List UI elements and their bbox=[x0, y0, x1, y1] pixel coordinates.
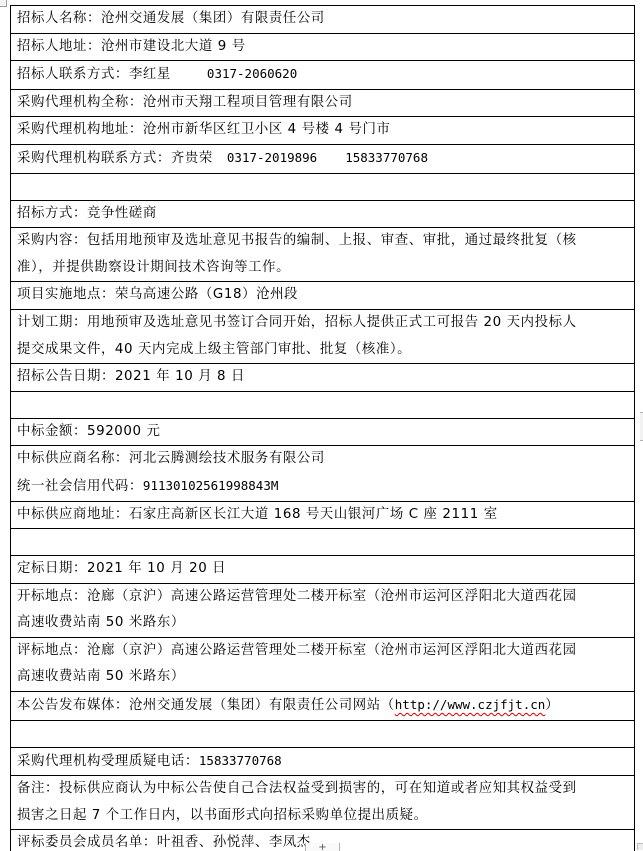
table-row-agency-address: 采购代理机构地址：沧州市新华区红卫小区 4 号楼 4 号门市 bbox=[11, 117, 635, 145]
field-value-continued: 损害之日起 7 个工作日内，以书面形式向招标采购单位提出质疑。 bbox=[17, 803, 634, 830]
table-row-blank bbox=[11, 720, 635, 747]
table-cell[interactable]: 采购代理机构联系方式：齐贵荣0317-201989615833770768 bbox=[11, 144, 635, 173]
table-row-schedule: 计划工期：用地预审及选址意见书签订合同开始，招标人提供正式工可报告 20 天内投… bbox=[11, 309, 635, 363]
field-value-end: ） bbox=[545, 698, 559, 713]
table-cell[interactable]: 开标地点：沧廊（京沪）高速公路运营管理处二楼开标室（沧州市运河区浮阳北大道西花园… bbox=[11, 583, 635, 637]
field-label: 采购代理机构地址： bbox=[17, 122, 143, 137]
table-row-agency-name: 采购代理机构全称：沧州市天翔工程项目管理有限公司 bbox=[11, 89, 635, 117]
table-cell[interactable]: 采购代理机构全称：沧州市天翔工程项目管理有限公司 bbox=[11, 89, 635, 117]
field-label: 中标供应商名称： bbox=[17, 451, 129, 466]
field-label: 定标日期： bbox=[17, 561, 87, 576]
table-cell[interactable]: 定标日期：2021 年 10 月 20 日 bbox=[11, 556, 635, 584]
text-line: 开标地点：沧廊（京沪）高速公路运营管理处二楼开标室（沧州市运河区浮阳北大道西花园 bbox=[17, 584, 634, 611]
table-row-winning-supplier: 中标供应商名称：河北云腾测绘技术服务有限公司统一社会信用代码：911301025… bbox=[11, 446, 635, 501]
table-row-supplier-address: 中标供应商地址：石家庄高新区长江大道 168 号天山银河广场 C 座 2111 … bbox=[11, 501, 635, 529]
field-label: 招标人地址： bbox=[17, 39, 101, 54]
contact-name: 李红星 bbox=[129, 67, 171, 82]
table-cell[interactable]: 招标人地址：沧州市建设北大道 9 号 bbox=[11, 33, 635, 61]
table-cell[interactable]: 本公告发布媒体：沧州交通发展（集团）有限责任公司网站（http://www.cz… bbox=[11, 692, 635, 721]
table-cell[interactable]: 招标人联系方式：李红星0317-2060620 bbox=[11, 61, 635, 90]
website-link[interactable]: http://www.czjfjt.cn bbox=[395, 697, 546, 712]
field-value-continued: 准），并提供勘察设计期间技术咨询等工作。 bbox=[17, 255, 634, 282]
field-value: 沧州交通发展（集团）有限责任公司 bbox=[101, 11, 325, 26]
field-value: 叶祖香、孙悦萍、李凤杰 bbox=[157, 835, 311, 850]
field-value: 荣乌高速公路（G18）沧州段 bbox=[115, 287, 298, 302]
table-row-project-location: 项目实施地点：荣乌高速公路（G18）沧州段 bbox=[11, 282, 635, 310]
field-value: 沧州市新华区红卫小区 4 号楼 4 号门市 bbox=[143, 122, 391, 137]
table-cell-empty[interactable] bbox=[11, 391, 635, 418]
field-label: 采购内容： bbox=[17, 233, 87, 248]
table-cell[interactable]: 采购代理机构受理质疑电话：15833770768 bbox=[11, 747, 635, 776]
contact-name: 齐贵荣 bbox=[171, 151, 213, 166]
table-row-blank bbox=[11, 391, 635, 418]
table-cell[interactable]: 采购内容：包括用地预审及选址意见书报告的编制、上报、审查、审批，通过最终批复（核… bbox=[11, 228, 635, 282]
text-line: 计划工期：用地预审及选址意见书签订合同开始，招标人提供正式工可报告 20 天内投… bbox=[17, 310, 634, 337]
text-line: 采购内容：包括用地预审及选址意见书报告的编制、上报、审查、审批，通过最终批复（核 bbox=[17, 228, 634, 255]
table-cell[interactable]: 中标金额：592000 元 bbox=[11, 418, 635, 446]
text-line: 统一社会信用代码：91130102561998843M bbox=[17, 473, 634, 501]
field-label: 计划工期： bbox=[17, 315, 87, 330]
table-row-inquiry-phone: 采购代理机构受理质疑电话：15833770768 bbox=[11, 747, 635, 776]
field-value: 沧州市建设北大道 9 号 bbox=[101, 39, 246, 54]
table-cell[interactable]: 中标供应商名称：河北云腾测绘技术服务有限公司统一社会信用代码：911301025… bbox=[11, 446, 635, 501]
table-row-tender-method: 招标方式：竞争性磋商 bbox=[11, 200, 635, 228]
table-cell-empty[interactable] bbox=[11, 173, 635, 200]
field-label: 招标人名称： bbox=[17, 11, 101, 26]
text-line: 备注：投标供应商认为中标公告使自己合法权益受到损害的，可在知道或者应知其权益受到 bbox=[17, 776, 634, 803]
field-value: 投标供应商认为中标公告使自己合法权益受到损害的，可在知道或者应知其权益受到 bbox=[59, 781, 577, 796]
table-row-tenderer-name: 招标人名称：沧州交通发展（集团）有限责任公司 bbox=[11, 6, 635, 34]
table-cell-empty[interactable] bbox=[11, 529, 635, 556]
field-value: 2021 年 10 月 20 日 bbox=[87, 561, 226, 576]
table-row-remarks: 备注：投标供应商认为中标公告使自己合法权益受到损害的，可在知道或者应知其权益受到… bbox=[11, 776, 635, 830]
text-line: 中标供应商名称：河北云腾测绘技术服务有限公司 bbox=[17, 446, 634, 473]
field-label: 开标地点： bbox=[17, 589, 87, 604]
supplier-name: 河北云腾测绘技术服务有限公司 bbox=[129, 451, 325, 466]
field-value: 2021 年 10 月 8 日 bbox=[115, 369, 245, 384]
table-row-award-amount: 中标金额：592000 元 bbox=[11, 418, 635, 446]
table-row-publication-media: 本公告发布媒体：沧州交通发展（集团）有限责任公司网站（http://www.cz… bbox=[11, 692, 635, 721]
table-row-procurement-content: 采购内容：包括用地预审及选址意见书报告的编制、上报、审查、审批，通过最终批复（核… bbox=[11, 228, 635, 282]
table-row-bid-opening-location: 开标地点：沧廊（京沪）高速公路运营管理处二楼开标室（沧州市运河区浮阳北大道西花园… bbox=[11, 583, 635, 637]
field-value-continued: 高速收费站南 50 米路东） bbox=[17, 610, 634, 637]
field-value: 15833770768 bbox=[199, 753, 282, 768]
contact-phone: 0317-2019896 bbox=[227, 150, 317, 165]
field-label: 采购代理机构受理质疑电话： bbox=[17, 754, 199, 769]
field-label: 评标地点： bbox=[17, 643, 87, 658]
text-line: 评标地点：沧廊（京沪）高速公路运营管理处二楼开标室（沧州市运河区浮阳北大道西花园 bbox=[17, 638, 634, 665]
table-row-agency-contact: 采购代理机构联系方式：齐贵荣0317-201989615833770768 bbox=[11, 144, 635, 173]
add-row-button[interactable]: + bbox=[305, 843, 340, 851]
field-value: 沧廊（京沪）高速公路运营管理处二楼开标室（沧州市运河区浮阳北大道西花园 bbox=[87, 589, 577, 604]
field-value: 592000 元 bbox=[87, 424, 161, 439]
table-cell[interactable]: 招标公告日期：2021 年 10 月 8 日 bbox=[11, 364, 635, 392]
table-cell[interactable]: 招标人名称：沧州交通发展（集团）有限责任公司 bbox=[11, 6, 635, 34]
field-value: 用地预审及选址意见书签订合同开始，招标人提供正式工可报告 20 天内投标人 bbox=[87, 315, 577, 330]
table-cell[interactable]: 评标地点：沧廊（京沪）高速公路运营管理处二楼开标室（沧州市运河区浮阳北大道西花园… bbox=[11, 637, 635, 691]
table-row-blank bbox=[11, 173, 635, 200]
table-select-handle[interactable] bbox=[0, 0, 7, 7]
table-row-tenderer-contact: 招标人联系方式：李红星0317-2060620 bbox=[11, 61, 635, 90]
field-value: 沧廊（京沪）高速公路运营管理处二楼开标室（沧州市运河区浮阳北大道西花园 bbox=[87, 643, 577, 658]
field-value-continued: 提交成果文件，40 天内完成上级主管部门审批、批复（核准）。 bbox=[17, 337, 634, 364]
table-cell[interactable]: 项目实施地点：荣乌高速公路（G18）沧州段 bbox=[11, 282, 635, 310]
credit-code: 91130102561998843M bbox=[143, 478, 278, 493]
table-cell[interactable]: 采购代理机构地址：沧州市新华区红卫小区 4 号楼 4 号门市 bbox=[11, 117, 635, 145]
field-label: 统一社会信用代码： bbox=[17, 479, 143, 494]
contact-phone: 0317-2060620 bbox=[207, 66, 297, 81]
table-cell[interactable]: 招标方式：竞争性磋商 bbox=[11, 200, 635, 228]
table-cell-empty[interactable] bbox=[11, 720, 635, 747]
table-row-blank bbox=[11, 529, 635, 556]
field-value: 沧州交通发展（集团）有限责任公司网站（ bbox=[129, 698, 395, 713]
field-value: 包括用地预审及选址意见书报告的编制、上报、审查、审批，通过最终批复（核 bbox=[87, 233, 577, 248]
award-notice-table: 招标人名称：沧州交通发展（集团）有限责任公司 招标人地址：沧州市建设北大道 9 … bbox=[10, 5, 635, 851]
field-label: 中标金额： bbox=[17, 424, 87, 439]
table-row-award-date: 定标日期：2021 年 10 月 20 日 bbox=[11, 556, 635, 584]
table-resize-handle[interactable] bbox=[637, 843, 643, 850]
table-row-bid-evaluation-location: 评标地点：沧廊（京沪）高速公路运营管理处二楼开标室（沧州市运河区浮阳北大道西花园… bbox=[11, 637, 635, 691]
table-row-tenderer-address: 招标人地址：沧州市建设北大道 9 号 bbox=[11, 33, 635, 61]
field-label: 项目实施地点： bbox=[17, 287, 115, 302]
field-label: 招标人联系方式： bbox=[17, 67, 129, 82]
field-label: 评标委员会成员名单： bbox=[17, 835, 157, 850]
table-cell[interactable]: 备注：投标供应商认为中标公告使自己合法权益受到损害的，可在知道或者应知其权益受到… bbox=[11, 776, 635, 830]
field-label: 采购代理机构联系方式： bbox=[17, 151, 171, 166]
field-label: 本公告发布媒体： bbox=[17, 698, 129, 713]
field-value: 沧州市天翔工程项目管理有限公司 bbox=[143, 95, 353, 110]
table-row-announcement-date: 招标公告日期：2021 年 10 月 8 日 bbox=[11, 364, 635, 392]
field-label: 备注： bbox=[17, 781, 59, 796]
field-value: 竞争性磋商 bbox=[87, 206, 157, 221]
table-cell[interactable]: 计划工期：用地预审及选址意见书签订合同开始，招标人提供正式工可报告 20 天内投… bbox=[11, 309, 635, 363]
field-label: 招标方式： bbox=[17, 206, 87, 221]
table-cell[interactable]: 中标供应商地址：石家庄高新区长江大道 168 号天山银河广场 C 座 2111 … bbox=[11, 501, 635, 529]
field-label: 采购代理机构全称： bbox=[17, 95, 143, 110]
contact-mobile: 15833770768 bbox=[345, 150, 428, 165]
field-value-continued: 高速收费站南 50 米路东） bbox=[17, 664, 634, 691]
field-label: 招标公告日期： bbox=[17, 369, 115, 384]
field-label: 中标供应商地址： bbox=[17, 507, 129, 522]
field-value: 石家庄高新区长江大道 168 号天山银河广场 C 座 2111 室 bbox=[129, 507, 498, 522]
